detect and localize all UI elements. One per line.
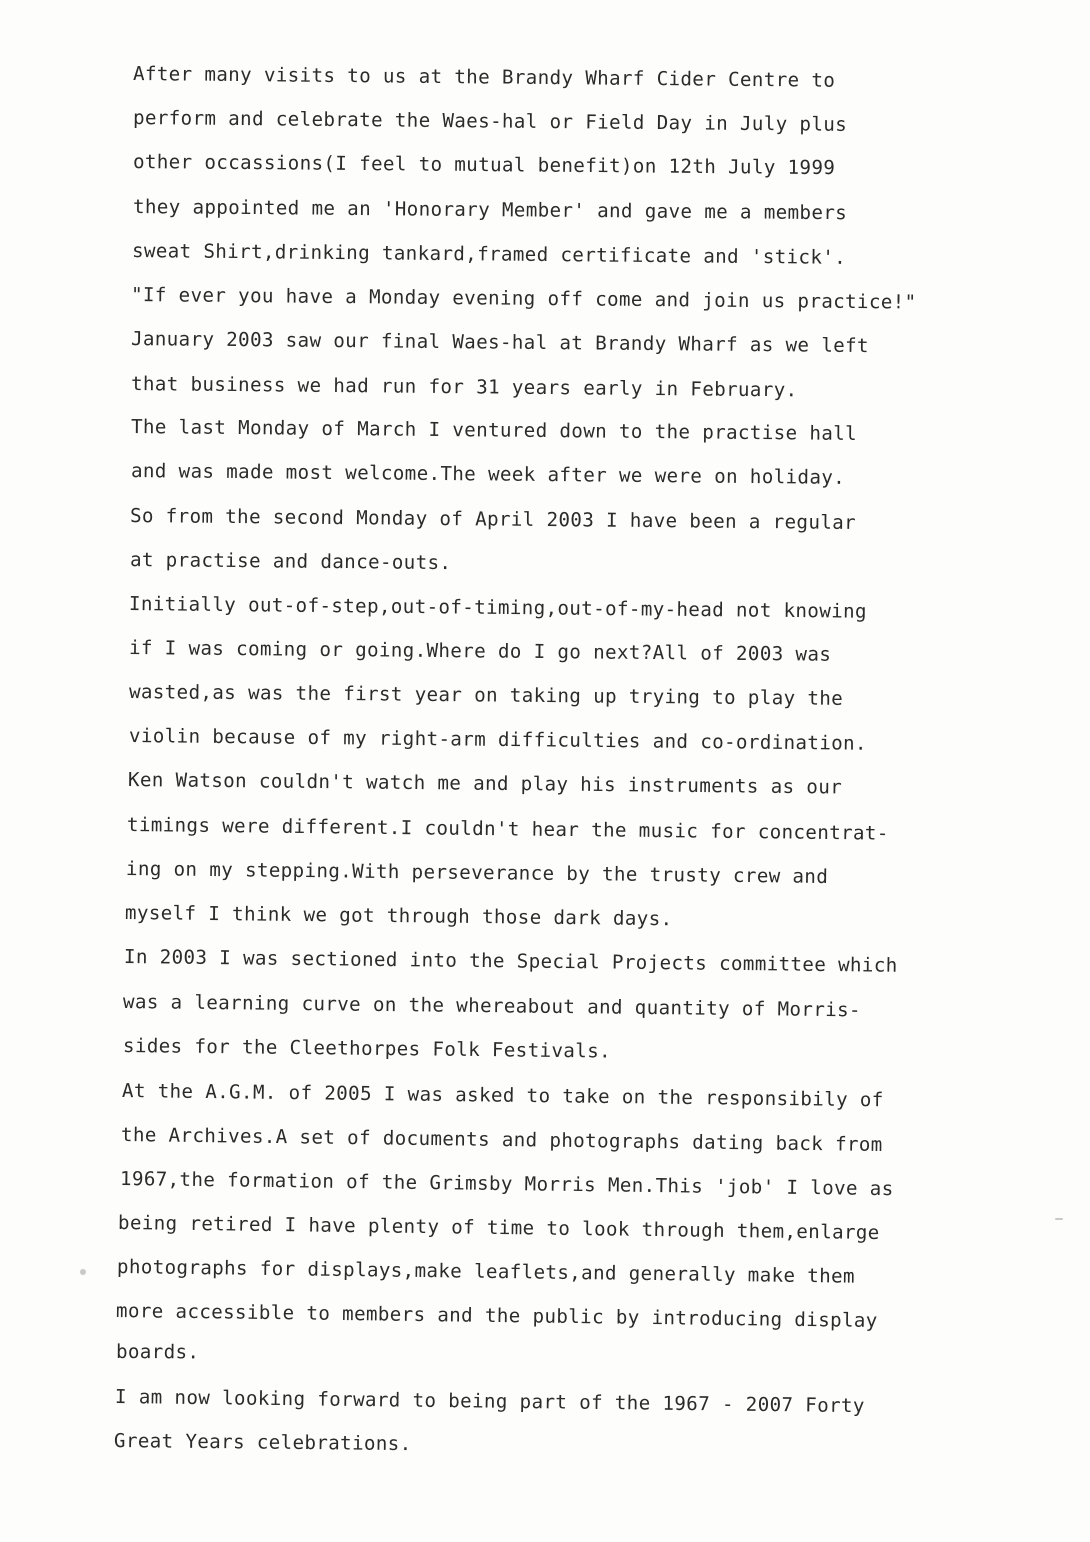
text-line: that business we had run for 31 years ea… bbox=[131, 372, 798, 402]
text-line: more accessible to members and the publi… bbox=[116, 1299, 878, 1333]
text-line: January 2003 saw our final Waes-hal at B… bbox=[131, 327, 869, 358]
text-line: sides for the Cleethorpes Folk Festivals… bbox=[123, 1034, 611, 1064]
text-line: Great Years celebrations. bbox=[114, 1429, 412, 1456]
text-line: violin because of my right-arm difficult… bbox=[129, 724, 867, 756]
text-line: if I was coming or going.Where do I go n… bbox=[129, 636, 831, 667]
text-line: ing on my stepping.With perseverance by … bbox=[126, 857, 828, 889]
text-line: Ken Watson couldn't watch me and play hi… bbox=[128, 768, 842, 799]
text-line: boards. bbox=[116, 1340, 199, 1364]
scan-speck bbox=[1055, 1218, 1063, 1220]
text-line: timings were different.I couldn't hear t… bbox=[127, 813, 889, 846]
text-line: the Archives.A set of documents and phot… bbox=[121, 1123, 883, 1157]
text-line: So from the second Monday of April 2003 … bbox=[130, 504, 856, 535]
text-line: wasted,as was the first year on taking u… bbox=[129, 680, 843, 711]
text-line: "If ever you have a Monday evening off c… bbox=[131, 283, 917, 315]
text-line: they appointed me an 'Honorary Member' a… bbox=[133, 195, 847, 225]
scanned-document-page: After many visits to us at the Brandy Wh… bbox=[0, 0, 1090, 1542]
text-line: photographs for displays,make leaflets,a… bbox=[117, 1255, 855, 1289]
scan-speck bbox=[80, 1269, 86, 1275]
text-line: After many visits to us at the Brandy Wh… bbox=[133, 62, 835, 93]
text-line: being retired I have plenty of time to l… bbox=[118, 1211, 880, 1245]
text-line: I am now looking forward to being part o… bbox=[115, 1385, 865, 1418]
text-line: sweat Shirt,drinking tankard,framed cert… bbox=[132, 239, 846, 270]
text-line: and was made most welcome.The week after… bbox=[131, 459, 845, 490]
text-line: Initially out-of-step,out-of-timing,out-… bbox=[129, 592, 867, 624]
text-line: at practise and dance-outs. bbox=[130, 548, 452, 575]
text-line: perform and celebrate the Waes-hal or Fi… bbox=[133, 106, 847, 137]
text-line: was a learning curve on the whereabout a… bbox=[123, 990, 861, 1022]
text-line: At the A.G.M. of 2005 I was asked to tak… bbox=[122, 1079, 884, 1112]
text-line: myself I think we got through those dark… bbox=[125, 901, 673, 931]
text-line: In 2003 I was sectioned into the Special… bbox=[124, 945, 898, 978]
text-line: 1967,the formation of the Grimsby Morris… bbox=[120, 1167, 894, 1201]
text-line: The last Monday of March I ventured down… bbox=[131, 415, 857, 446]
text-line: other occassions(I feel to mutual benefi… bbox=[133, 150, 835, 180]
